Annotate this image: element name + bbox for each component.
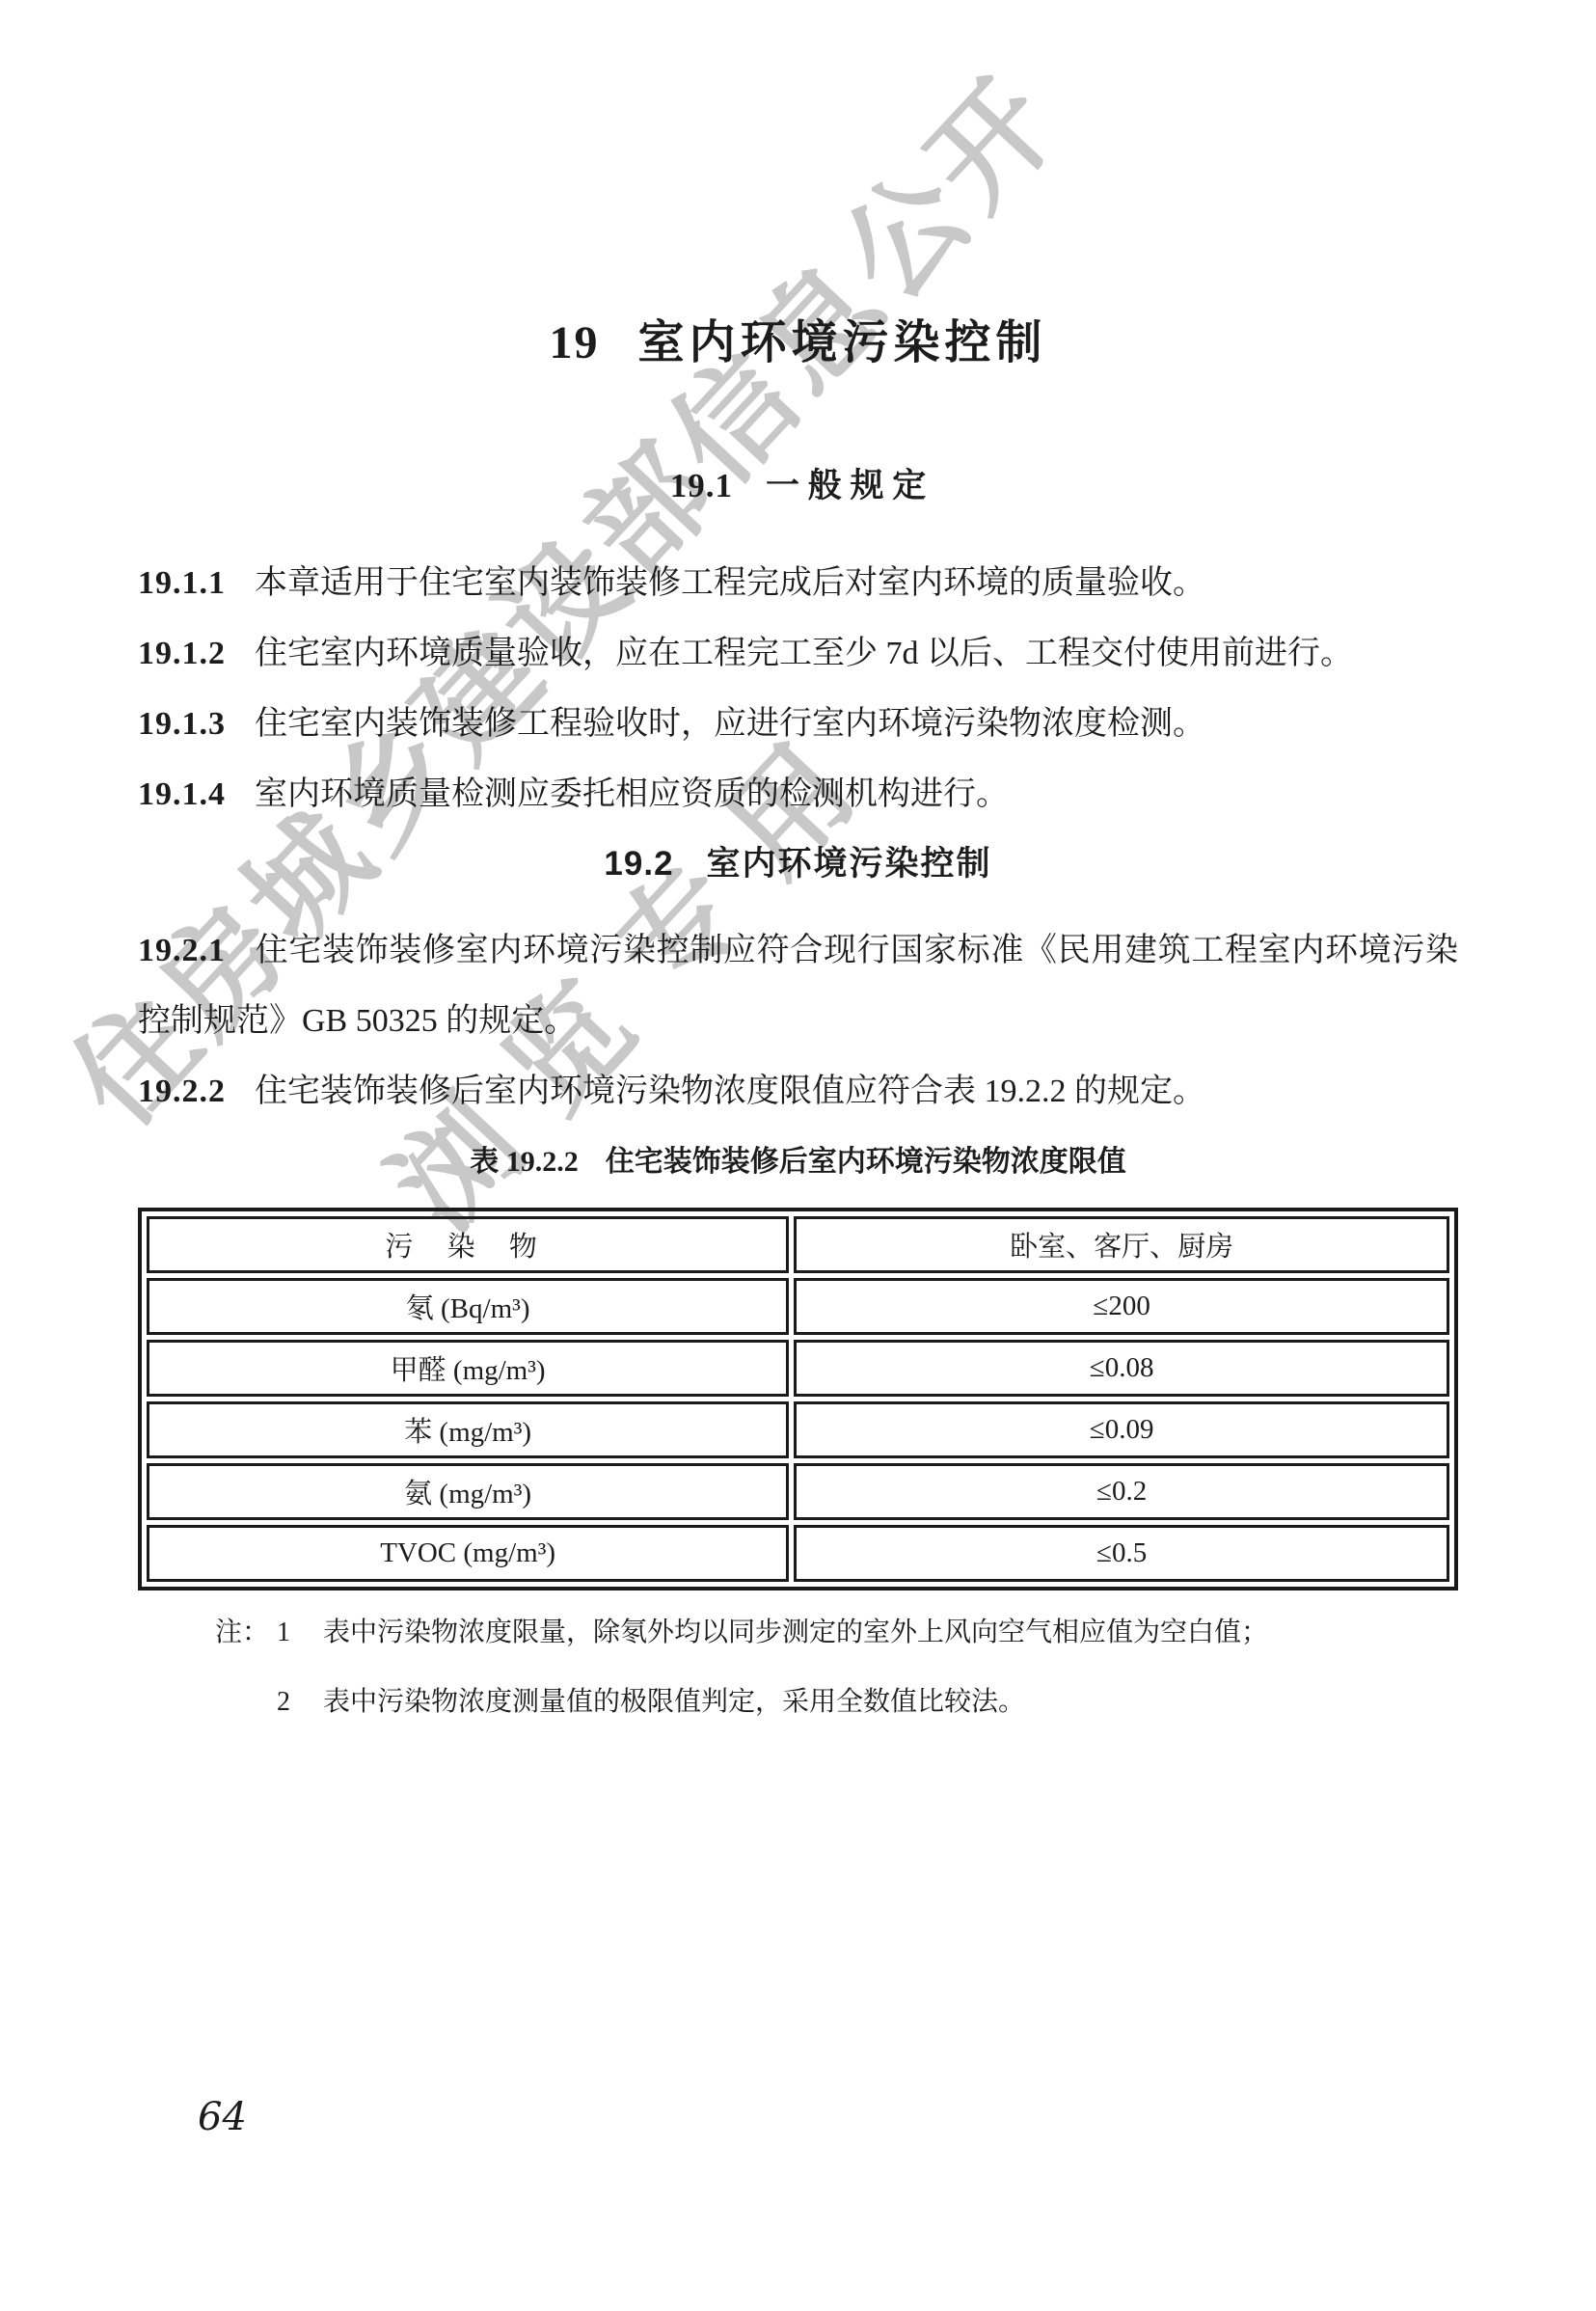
table-row: 苯 (mg/m³) ≤0.09 xyxy=(147,1401,1449,1458)
clause-19-1-1-number: 19.1.1 xyxy=(138,565,226,601)
note-1-number: 1 xyxy=(277,1598,323,1668)
chapter-heading: 19室内环境污染控制 xyxy=(138,316,1458,370)
section-19-2-number: 19.2 xyxy=(604,845,673,883)
document-page: 住房城乡建设部信息公开 浏览专用 19室内环境污染控制 19.1一 般 规 定 … xyxy=(0,0,1596,2311)
clause-19-2-1-text: 住宅装饰装修室内环境污染控制应符合现行国家标准《民用建筑工程室内环境污染控制规范… xyxy=(138,933,1458,1039)
table-row: TVOC (mg/m³) ≤0.5 xyxy=(147,1525,1449,1582)
table-row: 氨 (mg/m³) ≤0.2 xyxy=(147,1463,1449,1520)
cell-limit-benzene: ≤0.09 xyxy=(794,1401,1449,1458)
cell-limit-radon: ≤200 xyxy=(794,1278,1449,1335)
cell-limit-formaldehyde: ≤0.08 xyxy=(794,1340,1449,1397)
section-19-2-title-text: 室内环境污染控制 xyxy=(707,845,992,883)
section-heading-19-1: 19.1一 般 规 定 xyxy=(138,459,1458,513)
page-content: 19室内环境污染控制 19.1一 般 规 定 19.1.1本章适用于住宅室内装饰… xyxy=(138,0,1458,1737)
table-row: 氡 (Bq/m³) ≤200 xyxy=(147,1278,1449,1335)
cell-pollutant-radon: 氡 (Bq/m³) xyxy=(147,1278,789,1335)
note-2-text: 表中污染物浓度测量值的极限值判定，采用全数值比较法。 xyxy=(323,1668,1458,1737)
table-notes: 注： 1 表中污染物浓度限量，除氡外均以同步测定的室外上风向空气相应值为空白值；… xyxy=(138,1598,1458,1737)
section-heading-19-2: 19.2室内环境污染控制 xyxy=(138,837,1458,891)
chapter-number: 19 xyxy=(549,317,599,368)
table-row: 甲醛 (mg/m³) ≤0.08 xyxy=(147,1340,1449,1397)
note-2-spacer xyxy=(215,1668,277,1737)
section-19-1-number: 19.1 xyxy=(670,467,733,504)
cell-limit-ammonia: ≤0.2 xyxy=(794,1463,1449,1520)
clause-19-2-1: 19.2.1住宅装饰装修室内环境污染控制应符合现行国家标准《民用建筑工程室内环境… xyxy=(138,915,1458,1056)
note-1-text: 表中污染物浓度限量，除氡外均以同步测定的室外上风向空气相应值为空白值； xyxy=(323,1598,1458,1668)
section-19-1-clauses: 19.1.1本章适用于住宅室内装饰装修工程完成后对室内环境的质量验收。 19.1… xyxy=(138,548,1458,829)
clause-19-2-1-number: 19.2.1 xyxy=(138,933,226,968)
clause-19-1-2-text: 住宅室内环境质量验收，应在工程完工至少 7d 以后、工程交付使用前进行。 xyxy=(255,636,1353,671)
cell-limit-tvoc: ≤0.5 xyxy=(794,1525,1449,1582)
clause-19-2-2-text: 住宅装饰装修后室内环境污染物浓度限值应符合表 19.2.2 的规定。 xyxy=(255,1074,1205,1109)
table-header-row: 污 染 物 卧室、客厅、厨房 xyxy=(147,1216,1449,1273)
clause-19-1-1: 19.1.1本章适用于住宅室内装饰装修工程完成后对室内环境的质量验收。 xyxy=(138,548,1458,618)
clause-19-2-2: 19.2.2住宅装饰装修后室内环境污染物浓度限值应符合表 19.2.2 的规定。 xyxy=(138,1056,1458,1127)
note-2-number: 2 xyxy=(277,1668,323,1737)
clause-19-1-3-number: 19.1.3 xyxy=(138,706,226,742)
table-caption-title: 住宅装饰装修后室内环境污染物浓度限值 xyxy=(606,1146,1126,1178)
note-2: 2 表中污染物浓度测量值的极限值判定，采用全数值比较法。 xyxy=(138,1668,1458,1737)
note-1: 注： 1 表中污染物浓度限量，除氡外均以同步测定的室外上风向空气相应值为空白值； xyxy=(138,1598,1458,1668)
section-19-1-title-text: 一 般 规 定 xyxy=(766,467,926,504)
cell-pollutant-tvoc: TVOC (mg/m³) xyxy=(147,1525,789,1582)
header-rooms: 卧室、客厅、厨房 xyxy=(794,1216,1449,1273)
section-19-2-clauses: 19.2.1住宅装饰装修室内环境污染控制应符合现行国家标准《民用建筑工程室内环境… xyxy=(138,915,1458,1127)
clause-19-1-2: 19.1.2住宅室内环境质量验收，应在工程完工至少 7d 以后、工程交付使用前进… xyxy=(138,618,1458,689)
clause-19-1-4-text: 室内环境质量检测应委托相应资质的检测机构进行。 xyxy=(255,776,1009,812)
chapter-title-text: 室内环境污染控制 xyxy=(637,317,1046,368)
clause-19-1-4-number: 19.1.4 xyxy=(138,776,226,812)
header-pollutant: 污 染 物 xyxy=(147,1216,789,1273)
pollutant-limits-table: 污 染 物 卧室、客厅、厨房 氡 (Bq/m³) ≤200 甲醛 (mg/m³)… xyxy=(138,1208,1458,1591)
cell-pollutant-ammonia: 氨 (mg/m³) xyxy=(147,1463,789,1520)
table-caption: 表 19.2.2住宅装饰装修后室内环境污染物浓度限值 xyxy=(138,1142,1458,1183)
page-number: 64 xyxy=(198,2095,247,2139)
clause-19-1-2-number: 19.1.2 xyxy=(138,636,226,671)
clause-19-1-3: 19.1.3住宅室内装饰装修工程验收时，应进行室内环境污染物浓度检测。 xyxy=(138,689,1458,759)
clause-19-2-2-number: 19.2.2 xyxy=(138,1074,226,1109)
cell-pollutant-benzene: 苯 (mg/m³) xyxy=(147,1401,789,1458)
cell-pollutant-formaldehyde: 甲醛 (mg/m³) xyxy=(147,1340,789,1397)
clause-19-1-1-text: 本章适用于住宅室内装饰装修工程完成后对室内环境的质量验收。 xyxy=(255,565,1205,601)
note-label: 注： xyxy=(215,1598,277,1668)
clause-19-1-3-text: 住宅室内装饰装修工程验收时，应进行室内环境污染物浓度检测。 xyxy=(255,706,1205,742)
clause-19-1-4: 19.1.4室内环境质量检测应委托相应资质的检测机构进行。 xyxy=(138,759,1458,829)
table-caption-label: 表 19.2.2 xyxy=(470,1146,579,1178)
